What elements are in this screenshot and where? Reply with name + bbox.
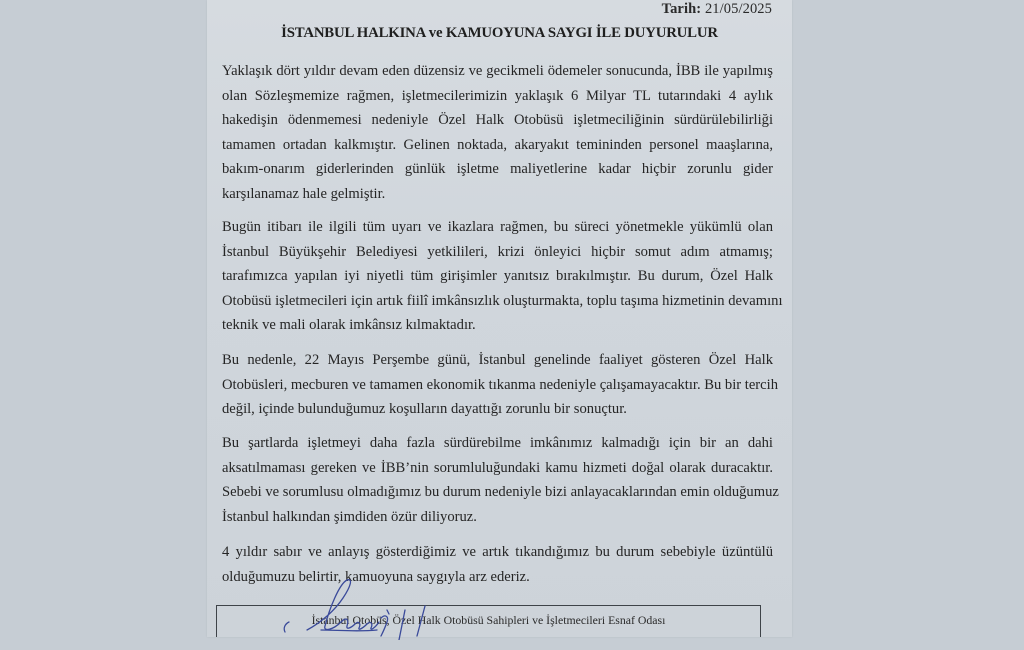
paragraph-3: Bu nedenle, 22 Mayıs Perşembe günü, İsta… xyxy=(222,348,773,422)
text-line: bakım-onarım giderlerinden günlük işletm… xyxy=(222,157,773,182)
text-line: Otobüsü işletmecileri için artık fiilî i… xyxy=(222,289,773,314)
paragraph-5: 4 yıldır sabır ve anlayış gösterdiğimiz … xyxy=(222,540,773,589)
text-line: aksatılmaması gereken ve İBB’nin sorumlu… xyxy=(222,456,773,481)
text-line: Bu şartlarda işletmeyi daha fazla sürdür… xyxy=(222,431,773,456)
document-date: Tarih: 21/05/2025 xyxy=(662,1,772,18)
paragraph-2: Bugün itibarı ile ilgili tüm uyarı ve ik… xyxy=(222,215,773,338)
organization-name: İstanbul Otobüs, Özel Halk Otobüsü Sahip… xyxy=(217,613,760,628)
date-label: Tarih: xyxy=(662,1,702,17)
paragraph-4: Bu şartlarda işletmeyi daha fazla sürdür… xyxy=(222,431,773,529)
text-line: 4 yıldır sabır ve anlayış gösterdiğimiz … xyxy=(222,540,773,565)
text-line: Bu nedenle, 22 Mayıs Perşembe günü, İsta… xyxy=(222,348,773,373)
text-line: Yaklaşık dört yıldır devam eden düzensiz… xyxy=(222,59,773,84)
text-line: İstanbul halkından şimdiden özür diliyor… xyxy=(222,505,773,530)
paragraph-1: Yaklaşık dört yıldır devam eden düzensiz… xyxy=(222,59,773,207)
signature-box: İstanbul Otobüs, Özel Halk Otobüsü Sahip… xyxy=(216,605,761,637)
text-line: hakedişin ödenmemesi nedeniyle Özel Halk… xyxy=(222,108,773,133)
text-line: Otobüsleri, mecburen ve tamamen ekonomik… xyxy=(222,373,773,398)
text-line: Sebebi ve sorumlusu olmadığımız bu durum… xyxy=(222,480,773,505)
document-title: İSTANBUL HALKINA ve KAMUOYUNA SAYGI İLE … xyxy=(207,25,792,42)
text-line: teknik ve mali olarak imkânsız kılmaktad… xyxy=(222,313,773,338)
text-line: değil, içinde bulunduğumuz koşulların da… xyxy=(222,397,773,422)
text-line: karşılanamaz hale gelmiştir. xyxy=(222,182,773,207)
text-line: olan Sözleşmemize rağmen, işletmecilerim… xyxy=(222,84,773,109)
text-line: tamamen ortadan kalkmıştır. Gelinen nokt… xyxy=(222,133,773,158)
document-page: Tarih: 21/05/2025 İSTANBUL HALKINA ve KA… xyxy=(207,0,792,637)
text-line: tarafımızca yapılan iyi niyetli tüm giri… xyxy=(222,264,773,289)
date-value: 21/05/2025 xyxy=(705,1,772,17)
text-line: İstanbul Büyükşehir Belediyesi yetkilile… xyxy=(222,240,773,265)
text-line: Bugün itibarı ile ilgili tüm uyarı ve ik… xyxy=(222,215,773,240)
text-line: olduğumuzu belirtir, kamuoyuna saygıyla … xyxy=(222,565,773,590)
